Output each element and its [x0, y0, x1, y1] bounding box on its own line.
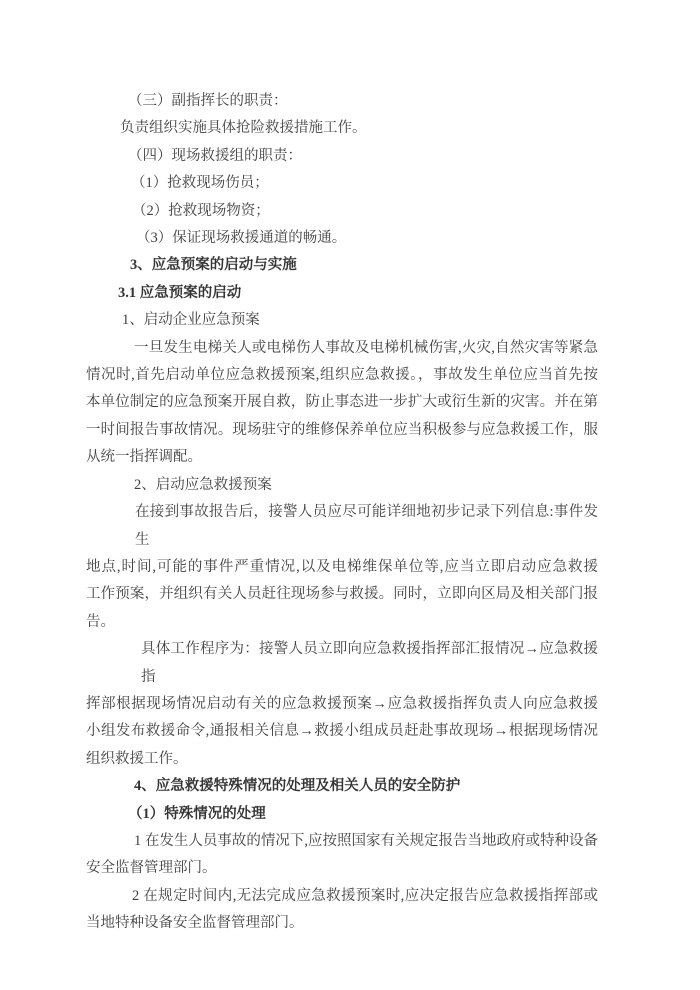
text-line: 组织救援工作。	[86, 746, 598, 773]
text-line: 具体工作程序为：接警人员立即向应急救援指挥部汇报情况→应急救援指	[86, 636, 598, 691]
text-line: 1、启动企业应急预案	[86, 307, 598, 334]
text-line: 2 在规定时间内,无法完成应急救援预案时,应决定报告应急救援指挥部或	[86, 883, 598, 910]
text-line: 告。	[86, 609, 598, 636]
text-line: （3）保证现场救援通道的畅通。	[86, 225, 598, 252]
text-line: 从统一指挥调配。	[86, 444, 598, 471]
text-line: 当地特种设备安全监督管理部门。	[86, 910, 598, 937]
text-line: （三）副指挥长的职责：	[86, 88, 598, 115]
text-line: 情况时,首先启动单位应急救援预案,组织应急救援。，事故发生单位应当首先按	[86, 362, 598, 389]
text-line: 1 在发生人员事故的情况下,应按照国家有关规定报告当地政府或特种设备	[86, 828, 598, 855]
text-line: （1）抢救现场伤员；	[86, 170, 598, 197]
text-line: 负责组织实施具体抢险救援措施工作。	[86, 115, 598, 142]
text-line: 地点,时间,可能的事件严重情况,以及电梯维保单位等,应当立即启动应急救援	[86, 554, 598, 581]
text-line: 一旦发生电梯关人或电梯伤人事故及电梯机械伤害,火灾,自然灾害等紧急	[86, 335, 598, 362]
text-line: 安全监督管理部门。	[86, 855, 598, 882]
text-line: （1）特殊情况的处理	[86, 801, 598, 828]
text-line: 3.1 应急预案的启动	[86, 280, 598, 307]
document-page: （三）副指挥长的职责：负责组织实施具体抢险救援措施工作。（四）现场救援组的职责：…	[0, 0, 700, 990]
text-line: 小组发布救援命令,通报相关信息→救援小组成员赶赴事故现场→根据现场情况	[86, 718, 598, 745]
document-text-block: （三）副指挥长的职责：负责组织实施具体抢险救援措施工作。（四）现场救援组的职责：…	[86, 88, 598, 938]
text-line: 工作预案，并组织有关人员赶往现场参与救援。同时，立即向区局及相关部门报	[86, 581, 598, 608]
text-line: （四）现场救援组的职责：	[86, 143, 598, 170]
text-line: 3、应急预案的启动与实施	[86, 252, 598, 279]
text-line: （2）抢救现场物资；	[86, 198, 598, 225]
text-line: 2、启动应急救援预案	[86, 472, 598, 499]
text-line: 本单位制定的应急预案开展自救，防止事态进一步扩大或衍生新的灾害。并在第	[86, 389, 598, 416]
text-line: 4、应急救援特殊情况的处理及相关人员的安全防护	[86, 773, 598, 800]
text-line: 挥部根据现场情况启动有关的应急救援预案→应急救援指挥负责人向应急救援	[86, 691, 598, 718]
text-line: 一时间报告事故情况。现场驻守的维修保养单位应当积极参与应急救援工作，服	[86, 417, 598, 444]
text-line: 在接到事故报告后，接警人员应尽可能详细地初步记录下列信息:事件发生	[86, 499, 598, 554]
